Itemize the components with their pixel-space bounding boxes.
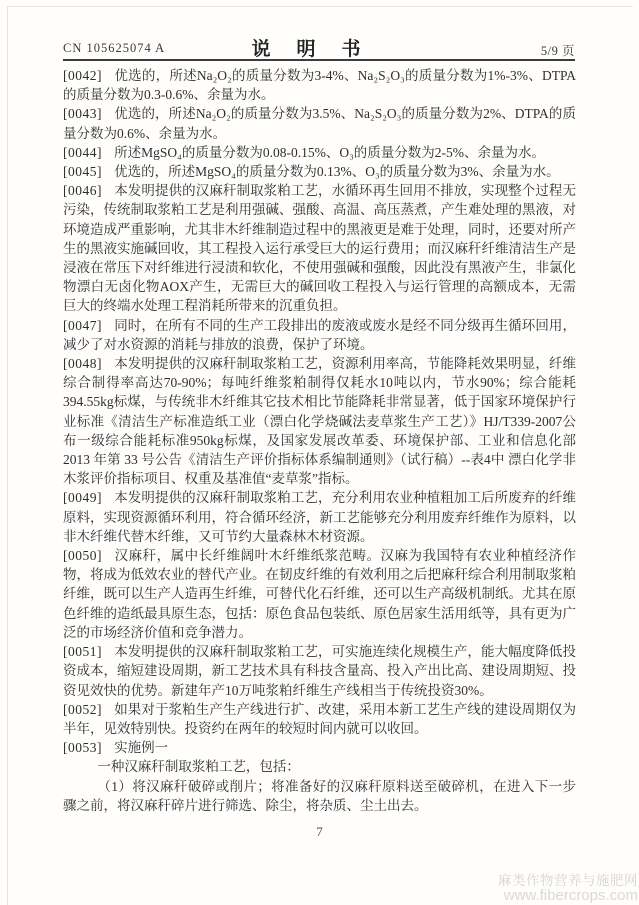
paragraph: [0048]本发明提供的汉麻秆制取浆粕工艺，资源利用率高，节能降耗效果明显，纤维… bbox=[63, 354, 576, 488]
paragraph-text: 实施例一 bbox=[114, 740, 168, 755]
paragraph: [0042]优选的，所述Na₂O₂的质量分数为3-4%、Na₂S₂O₃的质量分数… bbox=[63, 66, 576, 104]
paragraph-number: [0045] bbox=[63, 164, 102, 179]
paragraph-number: [0042] bbox=[63, 68, 102, 83]
paragraph: [0053]实施例一 bbox=[63, 738, 576, 757]
paragraph: [0047]同时，在所有不同的生产工段排出的废液或废水是经不同分级再生循环回用，… bbox=[63, 316, 576, 354]
paragraph: [0052]如果对于浆粕生产生产线进行扩、改建，采用本新工艺生产线的建设周期仅为… bbox=[63, 700, 576, 738]
paragraph: [0045]优选的，所述MgSO₄的质量分数为0.13%、O₃的质量分数为3%、… bbox=[63, 162, 576, 181]
paragraph-text: 优选的，所述MgSO₄的质量分数为0.13%、O₃的质量分数为3%、余量为水。 bbox=[114, 164, 560, 179]
paragraph-text: 一种汉麻秆制取浆粕工艺，包括： bbox=[97, 759, 300, 774]
header-rule bbox=[63, 59, 575, 61]
paragraph-text: （1）将汉麻秆破碎或削片；将准备好的汉麻秆原料送至破碎机，在进入下一步骤之前，将… bbox=[63, 779, 576, 813]
paragraph-text: 汉麻秆，属中长纤维阔叶木纤维纸浆范畴。汉麻为我国特有农业种植经济作物，将成为低效… bbox=[63, 548, 576, 640]
paragraph-number: [0053] bbox=[63, 740, 102, 755]
paragraph-number: [0050] bbox=[63, 548, 102, 563]
paragraph-list: [0042]优选的，所述Na₂O₂的质量分数为3-4%、Na₂S₂O₃的质量分数… bbox=[63, 66, 576, 815]
paragraph-number: [0046] bbox=[63, 183, 102, 198]
paragraph-number: [0044] bbox=[63, 145, 102, 160]
patent-document-page: CN 105625074 A 说明书 5/9 页 [0042]优选的，所述Na₂… bbox=[0, 0, 639, 905]
paragraph: [0043]优选的，所述Na₂O₂的质量分数为3.5%、Na₂S₂O₃的质量分数… bbox=[63, 104, 576, 142]
page-header: CN 105625074 A 说明书 5/9 页 bbox=[63, 34, 575, 58]
paragraph-text: 本发明提供的汉麻秆制取浆粕工艺，水循环再生回用不排放，实现整个过程无污染，传统制… bbox=[63, 183, 576, 313]
paragraph-text: 同时，在所有不同的生产工段排出的废液或废水是经不同分级再生循环回用，减少了对水资… bbox=[63, 318, 576, 352]
paragraph: [0051]本发明提供的汉麻秆制取浆粕工艺，可实施连续化规模生产，能大幅度降低投… bbox=[63, 642, 576, 700]
paragraph-number: [0051] bbox=[63, 644, 102, 659]
watermark-site-name: 麻类作物营养与施肥网 bbox=[498, 874, 638, 888]
paragraph-number: [0043] bbox=[63, 106, 102, 121]
document-number: CN 105625074 A bbox=[63, 41, 165, 56]
paragraph-text: 优选的，所述Na₂O₂的质量分数为3-4%、Na₂S₂O₃的质量分数为1%-3%… bbox=[63, 68, 576, 102]
page-number: 7 bbox=[0, 824, 639, 840]
paragraph-number: [0048] bbox=[63, 356, 102, 371]
paragraph: 一种汉麻秆制取浆粕工艺，包括： bbox=[63, 757, 576, 776]
paragraph: [0049]本发明提供的汉麻秆制取浆粕工艺，充分利用农业种植粗加工后所废弃的纤维… bbox=[63, 488, 576, 546]
scan-edge-left bbox=[7, 6, 8, 905]
paragraph-text: 如果对于浆粕生产生产线进行扩、改建，采用本新工艺生产线的建设周期仅为半年，见效特… bbox=[63, 702, 576, 736]
paragraph-text: 所述MgSO₄的质量分数为0.08-0.15%、O₃的质量分数为2-5%、余量为… bbox=[114, 145, 545, 160]
paragraph: [0050]汉麻秆，属中长纤维阔叶木纤维纸浆范畴。汉麻为我国特有农业种植经济作物… bbox=[63, 546, 576, 642]
paragraph-number: [0052] bbox=[63, 702, 102, 717]
paragraph: （1）将汉麻秆破碎或削片；将准备好的汉麻秆原料送至破碎机，在进入下一步骤之前，将… bbox=[63, 777, 576, 815]
paragraph: [0044]所述MgSO₄的质量分数为0.08-0.15%、O₃的质量分数为2-… bbox=[63, 143, 576, 162]
paragraph-number: [0047] bbox=[63, 318, 102, 333]
watermark-url: www.fibercrops.com bbox=[498, 888, 638, 904]
paragraph-text: 本发明提供的汉麻秆制取浆粕工艺，充分利用农业种植粗加工后所废弃的纤维原料，实现资… bbox=[63, 490, 576, 543]
paragraph-text: 优选的，所述Na₂O₂的质量分数为3.5%、Na₂S₂O₃的质量分数为2%、DT… bbox=[63, 106, 576, 140]
paragraph-text: 本发明提供的汉麻秆制取浆粕工艺，资源利用率高，节能降耗效果明显，纤维综合制得率高… bbox=[63, 356, 576, 486]
paragraph-number: [0049] bbox=[63, 490, 102, 505]
paragraph: [0046]本发明提供的汉麻秆制取浆粕工艺，水循环再生回用不排放，实现整个过程无… bbox=[63, 181, 576, 315]
scan-edge-top bbox=[7, 6, 633, 7]
watermark: 麻类作物营养与施肥网 www.fibercrops.com bbox=[498, 874, 638, 904]
paragraph-text: 本发明提供的汉麻秆制取浆粕工艺，可实施连续化规模生产，能大幅度降低投资成本，缩短… bbox=[63, 644, 576, 697]
document-title: 说明书 bbox=[251, 34, 386, 61]
page-indicator: 5/9 页 bbox=[541, 41, 575, 59]
